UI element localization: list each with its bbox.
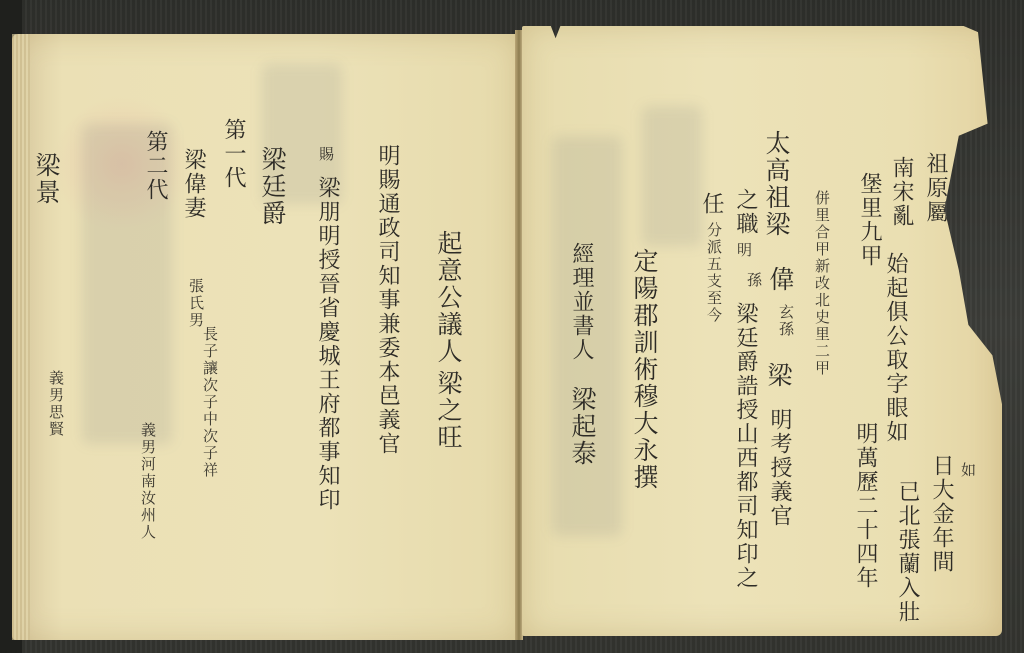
column-wei: 梁偉妻 bbox=[182, 148, 204, 220]
column-sons: 長子讓次子中次子祥 bbox=[202, 326, 217, 479]
book-gutter bbox=[515, 30, 523, 640]
column-great-ancestor: 太高祖梁 bbox=[764, 130, 789, 238]
column-title-1: 明賜通政司知事兼委本邑義官 bbox=[376, 144, 398, 456]
column-title-2: 梁朋明授晉省慶城王府都事知印 bbox=[316, 176, 338, 512]
column-wei-wife: 張氏男 bbox=[188, 278, 203, 329]
column-official: 明考授義官 bbox=[768, 408, 790, 528]
column-zhizhi: 之職 bbox=[734, 188, 756, 236]
column-proposer-label: 起意公議人 bbox=[436, 230, 461, 365]
column-name-tingjue: 梁廷爵 bbox=[260, 146, 285, 227]
column-ancestor: 始起俱公取字眼如 bbox=[884, 252, 906, 444]
note-jin-era: 日大金年間 bbox=[930, 454, 952, 574]
column-wanli: 明萬歷二十四年 bbox=[854, 422, 876, 590]
column-proposer-name: 梁之旺 bbox=[436, 370, 461, 451]
column-five-branches: 分派五支至今 bbox=[706, 222, 721, 324]
column-village: 堡里九甲 bbox=[858, 172, 880, 268]
column-liang: 梁 bbox=[766, 362, 791, 389]
column-sun: 孫 bbox=[746, 272, 761, 289]
note-zhanglan: 已北張蘭入壯 bbox=[896, 480, 918, 624]
column-tingjue-title: 梁廷爵誥授山西都司知印之 bbox=[734, 302, 756, 590]
column-xuansun: 玄孫 bbox=[778, 304, 793, 338]
column-origin: 祖原屬 bbox=[924, 152, 946, 224]
column-wei-name: 偉 bbox=[768, 266, 793, 293]
generation-2-heading: 第二代 bbox=[144, 130, 166, 202]
column-song: 南宋亂 bbox=[890, 156, 912, 228]
column-jing: 梁景 bbox=[34, 152, 59, 206]
right-page: 梁氏 祖原屬 南宋亂 始起俱公取字眼如 堡里九甲 明萬歷二十四年 併里合甲新改北… bbox=[522, 26, 1002, 636]
column-ming: 明 bbox=[736, 242, 751, 259]
column-author: 定陽郡訓術穆大永撰 bbox=[632, 248, 657, 491]
column-scribe-name: 梁起泰 bbox=[570, 386, 595, 467]
generation-1-heading: 第一代 bbox=[222, 118, 244, 190]
column-sixian: 義男思賢 bbox=[48, 370, 63, 438]
column-merged-village: 併里合甲新改北史里二甲 bbox=[814, 190, 829, 377]
column-ren: 任 bbox=[700, 192, 722, 216]
note-ru: 如 bbox=[960, 462, 975, 479]
column-adopted-son: 義男河南汝州人 bbox=[140, 422, 155, 541]
column-scribe-label: 經理並書人 bbox=[570, 242, 592, 362]
column-char: 賜 bbox=[318, 146, 333, 163]
bleed-through bbox=[642, 106, 702, 246]
left-page: 起意公議人 梁之旺 明賜通政司知事兼委本邑義官 賜 梁朋明授晉省慶城王府都事知印… bbox=[12, 34, 518, 640]
